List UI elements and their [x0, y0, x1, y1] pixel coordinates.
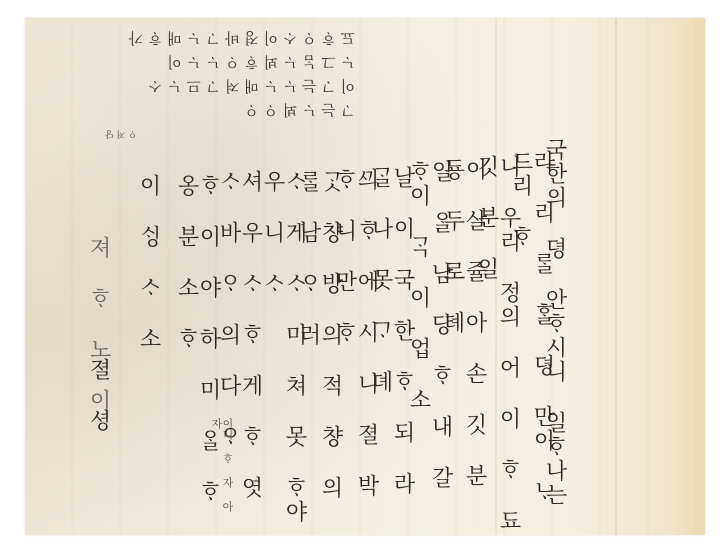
signature: 졀 셩	[87, 358, 109, 433]
top-small-note: ᄋᆞ 저 당	[105, 128, 137, 141]
postscript-line-3: ᄂᆞ 그 ᄂᆞᆷ ᄂᆞ 뵈 ᄒᆞ ᄋᆞ ᄂᆞ ᄂᆞ 이	[129, 50, 355, 74]
paper-fold-line	[615, 18, 617, 535]
letter-column-11: ᄒᆞ 이 야 하 미 ᄋᆞᆯ ᄒᆞ 옹 분 소 ᄒᆞ	[175, 174, 219, 535]
letter-column-12: 이 ᄉᆡᆼ ᄉᆞ 소	[137, 174, 159, 351]
postscript-line-2: 이 ᄀᆞ 는 ᄂᆞ ᄂᆞ 매 져 ᄀᆞ 므 ᄂᆞ ᄉᆞ	[129, 74, 355, 98]
letter-paper: 국한의 뎡 안ᄒᆞ시니 일ᄒᆞ나는 라 리 ᄅᆞᆯ ᄒᆞᆯ 뎡 만이 ᄂᆞ 드리…	[25, 18, 705, 535]
postscript-line-4: 됴 ᄒᆞ ᄋᆞ ᄉᆞ 이 졍 바 ᄀᆞ ᄂᆞ 매 ᄒᆞ 가	[129, 26, 355, 50]
postscript-line-1: ᄀᆞ 는 ᄂᆞ 뵈 ᄋᆞ ᄋᆞ	[129, 98, 355, 122]
letter-column-9: ᄉᆞ 게 ᄉᆞ 미 쳐 못 ᄒᆞ야 우 니 ᄉᆞ	[261, 170, 305, 535]
top-postscript: ᄀᆞ 는 ᄂᆞ 뵈 ᄋᆞ ᄋᆞ 이 ᄀᆞ 는 ᄂᆞ ᄂᆞ 매 져 ᄀᆞ 므 ᄂᆞ…	[45, 20, 365, 130]
